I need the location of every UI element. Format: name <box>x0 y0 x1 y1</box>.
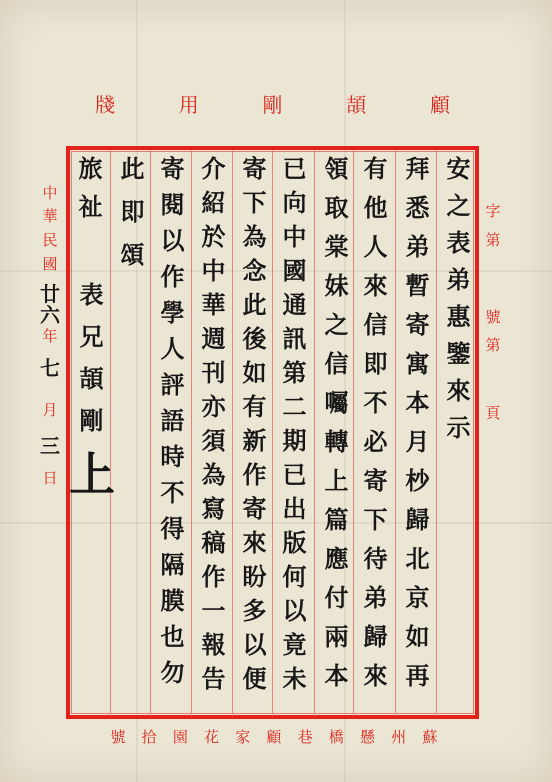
letter-sheet: 牋 用 剛 頡 顧 安之表弟惠鑒來示 拜悉弟暫寄寓本月杪歸北京如再 有他人來信即… <box>0 0 552 782</box>
address-char: 顧 <box>266 728 282 746</box>
letterhead-char: 牋 <box>95 93 115 117</box>
signature-closing: 上 <box>62 450 116 496</box>
address-char: 州 <box>391 728 407 746</box>
letter-column-salutation: 安之表弟惠鑒來示 <box>436 156 477 714</box>
date-era-char: 民 <box>35 233 65 248</box>
signature: 表兄頡剛上 <box>68 282 110 712</box>
numbering-column: 字 第 號 第 頁 <box>478 0 508 782</box>
letterhead-char: 顧 <box>430 93 450 117</box>
date-era-char: 中 <box>35 186 65 201</box>
footer-address: 號 拾 園 花 家 顧 巷 橋 懸 州 蘇 <box>110 728 438 746</box>
numbering-label: 頁 <box>478 406 508 421</box>
date-column: 中 華 民 國 廿 六 年 七 月 三 日 <box>35 0 65 782</box>
letterhead-char: 頡 <box>346 93 366 117</box>
date-day-handwritten: 三 <box>35 436 65 456</box>
date-era-char: 國 <box>35 257 65 272</box>
numbering-label: 字 <box>478 204 508 219</box>
address-char: 巷 <box>297 728 313 746</box>
date-year-unit: 年 <box>35 329 65 344</box>
letter-column: 拜悉弟暫寄寓本月杪歸北京如再 <box>395 156 436 714</box>
date-month-handwritten: 七 <box>35 358 65 378</box>
letter-column: 寄閱以作學人評語時不得隔膜也勿 <box>150 156 191 714</box>
signature-relation: 表兄 <box>75 282 104 366</box>
date-day-unit: 日 <box>35 471 65 486</box>
letterhead-title: 牋 用 剛 頡 顧 <box>95 93 450 117</box>
date-year-handwritten: 六 <box>35 305 65 325</box>
letter-column: 寄下為念此後如有新作寄來盼多以便 <box>232 156 273 714</box>
letterhead-char: 剛 <box>263 93 283 117</box>
letter-column: 介紹於中華週刊亦須為寫稿作一報告 <box>191 156 232 714</box>
address-char: 蘇 <box>422 728 438 746</box>
address-char: 懸 <box>360 728 376 746</box>
date-era-char: 華 <box>35 209 65 224</box>
letterhead-char: 用 <box>179 93 199 117</box>
numbering-label: 號 <box>478 310 508 325</box>
address-char: 號 <box>110 728 126 746</box>
letter-column: 已向中國通訊第二期已出版何以竟未 <box>272 156 313 714</box>
address-char: 家 <box>235 728 251 746</box>
address-char: 拾 <box>141 728 157 746</box>
address-char: 花 <box>204 728 220 746</box>
date-year-handwritten: 廿 <box>35 284 65 304</box>
date-month-unit: 月 <box>35 403 65 418</box>
numbering-label: 第 <box>478 338 508 353</box>
address-char: 橋 <box>328 728 344 746</box>
letter-column: 領取棠妹之信囑轉上篇應付兩本 <box>314 156 355 714</box>
letter-column: 有他人來信即不必寄下待弟歸來 <box>353 156 394 714</box>
address-char: 園 <box>172 728 188 746</box>
numbering-label: 第 <box>478 233 508 248</box>
signature-name: 頡剛 <box>75 366 104 450</box>
letter-column-closing: 此即頌 <box>110 156 151 714</box>
